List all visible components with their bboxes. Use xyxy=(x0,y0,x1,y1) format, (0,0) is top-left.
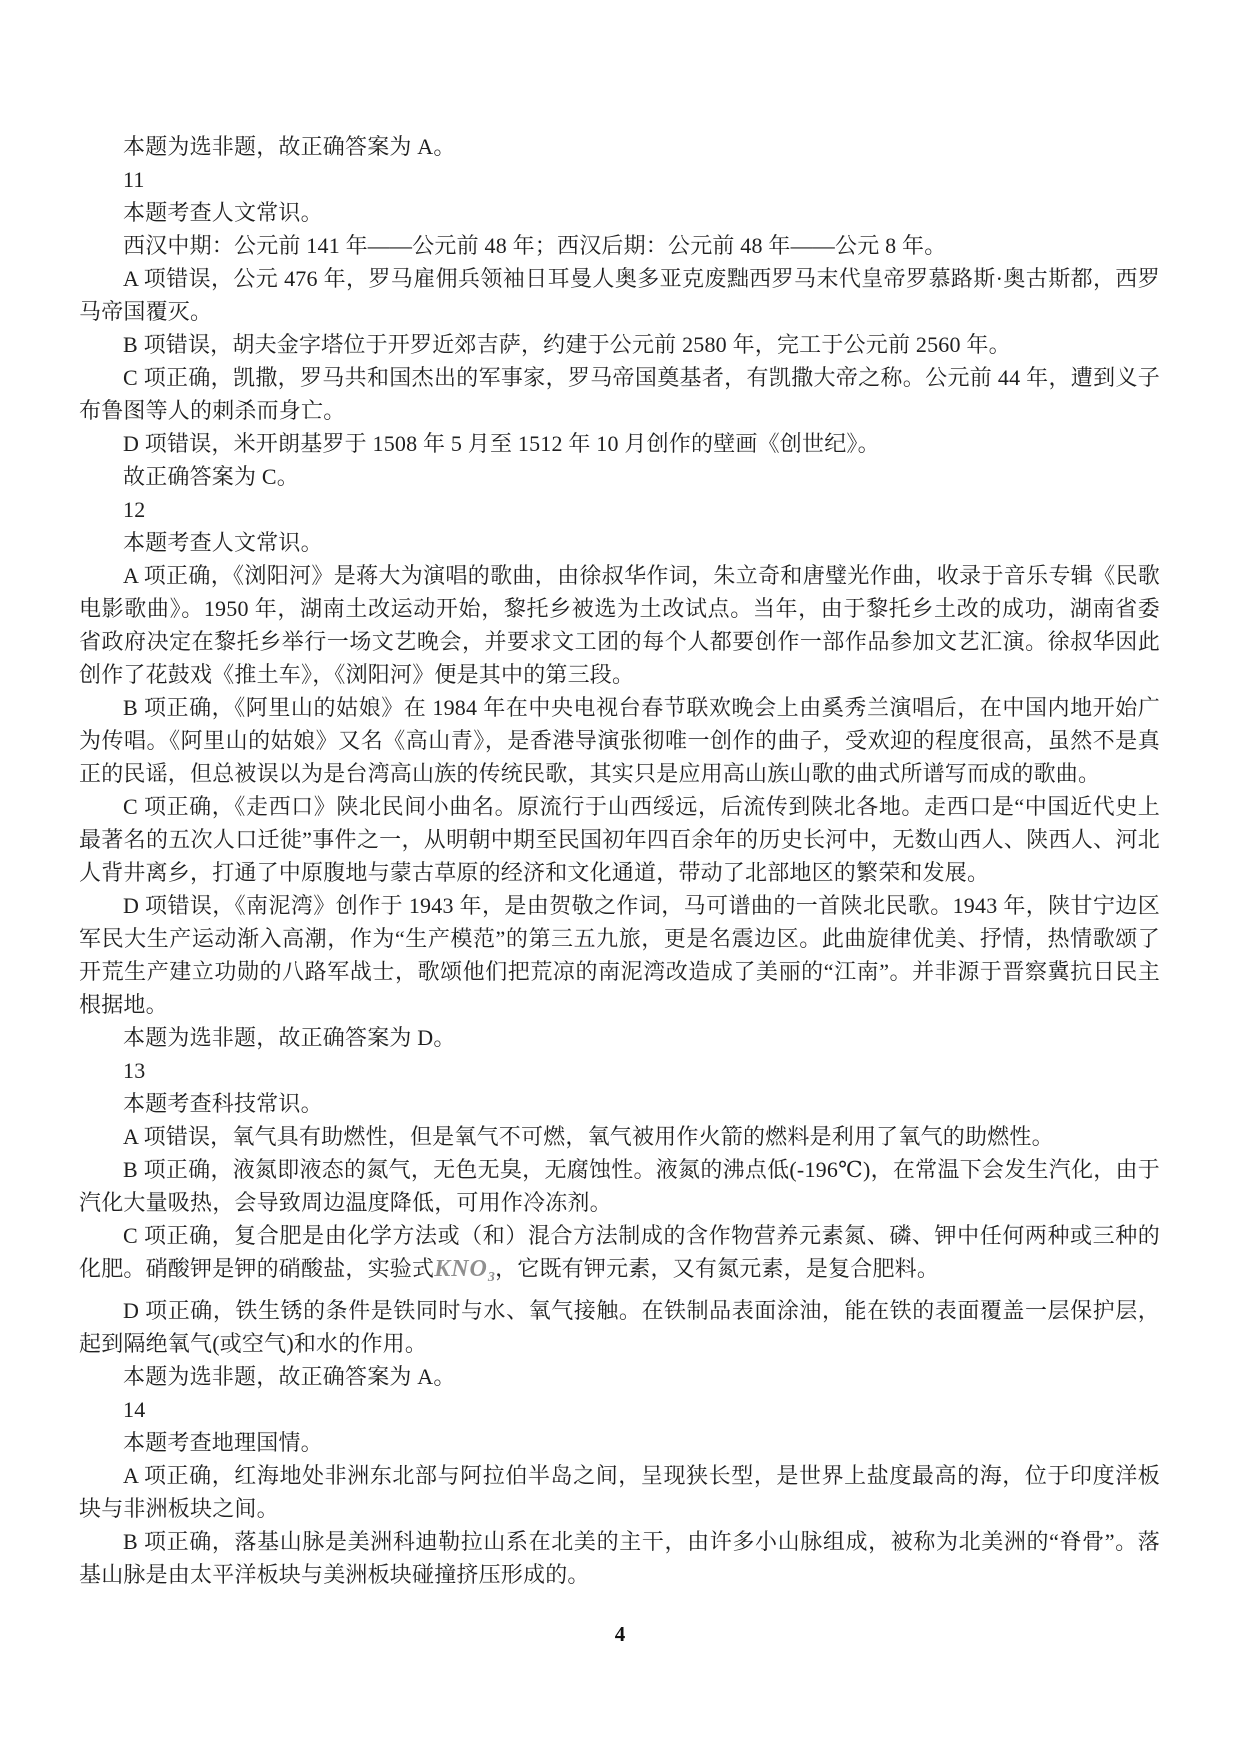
paragraph: 故正确答案为 C。 xyxy=(79,460,1160,493)
text-run: B 项错误，胡夫金字塔位于开罗近郊吉萨，约建于公元前 2580 年，完工于公元前… xyxy=(123,332,1011,357)
document-page: 本题为选非题，故正确答案为 A。11本题考查人文常识。西汉中期：公元前 141 … xyxy=(0,0,1240,1754)
page-number: 4 xyxy=(0,1622,1240,1647)
text-run: D 项错误，《南泥湾》创作于 1943 年，是由贺敬之作词，马可谱曲的一首陕北民… xyxy=(79,893,1160,1017)
paragraph: D 项错误，米开朗基罗于 1508 年 5 月至 1512 年 10 月创作的壁… xyxy=(79,427,1160,460)
paragraph: B 项正确，落基山脉是美洲科迪勒拉山系在北美的主干，由许多小山脉组成，被称为北美… xyxy=(79,1525,1160,1591)
text-run: ，它既有钾元素，又有氮元素，是复合肥料。 xyxy=(495,1256,939,1281)
paragraph: A 项正确，《浏阳河》是蒋大为演唱的歌曲，由徐叔华作词，朱立奇和唐璧光作曲，收录… xyxy=(79,559,1160,691)
text-run: B 项正确，《阿里山的姑娘》在 1984 年在中央电视台春节联欢晚会上由奚秀兰演… xyxy=(79,695,1160,786)
paragraph: A 项正确，红海地处非洲东北部与阿拉伯半岛之间，呈现狭长型，是世界上盐度最高的海… xyxy=(79,1459,1160,1525)
paragraph: 西汉中期：公元前 141 年——公元前 48 年；西汉后期：公元前 48 年——… xyxy=(79,229,1160,262)
text-run: 14 xyxy=(123,1397,145,1422)
text-run: 本题为选非题，故正确答案为 A。 xyxy=(123,1364,456,1389)
text-run: 11 xyxy=(123,167,145,192)
text-run: 12 xyxy=(123,497,145,522)
text-run: A 项错误，公元 476 年，罗马雇佣兵领袖日耳曼人奥多亚克废黜西罗马末代皇帝罗… xyxy=(79,266,1160,324)
text-run: 本题考查人文常识。 xyxy=(123,200,323,225)
paragraph: C 项正确，凯撒，罗马共和国杰出的军事家，罗马帝国奠基者，有凯撒大帝之称。公元前… xyxy=(79,361,1160,427)
text-run: B 项正确，落基山脉是美洲科迪勒拉山系在北美的主干，由许多小山脉组成，被称为北美… xyxy=(79,1529,1160,1587)
paragraph: B 项正确，《阿里山的姑娘》在 1984 年在中央电视台春节联欢晚会上由奚秀兰演… xyxy=(79,691,1160,790)
paragraph: 12 xyxy=(79,493,1160,526)
text-run: A 项正确，红海地处非洲东北部与阿拉伯半岛之间，呈现狭长型，是世界上盐度最高的海… xyxy=(79,1463,1160,1521)
paragraph: 本题考查地理国情。 xyxy=(79,1426,1160,1459)
text-run: 西汉中期：公元前 141 年——公元前 48 年；西汉后期：公元前 48 年——… xyxy=(123,233,946,258)
text-run: D 项错误，米开朗基罗于 1508 年 5 月至 1512 年 10 月创作的壁… xyxy=(123,431,880,456)
text-run: 本题为选非题，故正确答案为 A。 xyxy=(123,134,456,159)
text-run: A 项正确，《浏阳河》是蒋大为演唱的歌曲，由徐叔华作词，朱立奇和唐璧光作曲，收录… xyxy=(79,563,1160,687)
text-run: C 项正确，凯撒，罗马共和国杰出的军事家，罗马帝国奠基者，有凯撒大帝之称。公元前… xyxy=(79,365,1160,423)
paragraph: 14 xyxy=(79,1393,1160,1426)
chemical-formula: KNO xyxy=(434,1256,488,1282)
text-run: 本题考查地理国情。 xyxy=(123,1430,323,1455)
text-run: A 项错误，氧气具有助燃性，但是氧气不可燃，氧气被用作火箭的燃料是利用了氧气的助… xyxy=(123,1124,1054,1149)
paragraph: 13 xyxy=(79,1054,1160,1087)
paragraph: A 项错误，公元 476 年，罗马雇佣兵领袖日耳曼人奥多亚克废黜西罗马末代皇帝罗… xyxy=(79,262,1160,328)
paragraph: 本题为选非题，故正确答案为 A。 xyxy=(79,1360,1160,1393)
paragraph: B 项正确，液氮即液态的氮气，无色无臭，无腐蚀性。液氮的沸点低(-196℃)，在… xyxy=(79,1153,1160,1219)
paragraph: 本题考查人文常识。 xyxy=(79,196,1160,229)
document-body: 本题为选非题，故正确答案为 A。11本题考查人文常识。西汉中期：公元前 141 … xyxy=(79,130,1160,1591)
paragraph: 本题为选非题，故正确答案为 D。 xyxy=(79,1021,1160,1054)
paragraph: 本题为选非题，故正确答案为 A。 xyxy=(79,130,1160,163)
text-run: 13 xyxy=(123,1058,145,1083)
paragraph: B 项错误，胡夫金字塔位于开罗近郊吉萨，约建于公元前 2580 年，完工于公元前… xyxy=(79,328,1160,361)
paragraph: D 项正确，铁生锈的条件是铁同时与水、氧气接触。在铁制品表面涂油，能在铁的表面覆… xyxy=(79,1294,1160,1360)
paragraph: D 项错误，《南泥湾》创作于 1943 年，是由贺敬之作词，马可谱曲的一首陕北民… xyxy=(79,889,1160,1021)
text-run: 故正确答案为 C。 xyxy=(123,464,299,489)
text-run: 本题考查人文常识。 xyxy=(123,530,323,555)
paragraph: 本题考查科技常识。 xyxy=(79,1087,1160,1120)
paragraph: A 项错误，氧气具有助燃性，但是氧气不可燃，氧气被用作火箭的燃料是利用了氧气的助… xyxy=(79,1120,1160,1153)
text-run: 本题为选非题，故正确答案为 D。 xyxy=(123,1025,456,1050)
paragraph: 11 xyxy=(79,163,1160,196)
text-run: 本题考查科技常识。 xyxy=(123,1091,323,1116)
paragraph: C 项正确，复合肥是由化学方法或（和）混合方法制成的含作物营养元素氮、磷、钾中任… xyxy=(79,1219,1160,1294)
text-run: D 项正确，铁生锈的条件是铁同时与水、氧气接触。在铁制品表面涂油，能在铁的表面覆… xyxy=(79,1298,1160,1356)
text-run: C 项正确，《走西口》陕北民间小曲名。原流行于山西绥远，后流传到陕北各地。走西口… xyxy=(79,794,1160,885)
paragraph: C 项正确，《走西口》陕北民间小曲名。原流行于山西绥远，后流传到陕北各地。走西口… xyxy=(79,790,1160,889)
chemical-formula: 3 xyxy=(488,1270,495,1285)
text-run: B 项正确，液氮即液态的氮气，无色无臭，无腐蚀性。液氮的沸点低(-196℃)，在… xyxy=(79,1157,1160,1215)
paragraph: 本题考查人文常识。 xyxy=(79,526,1160,559)
